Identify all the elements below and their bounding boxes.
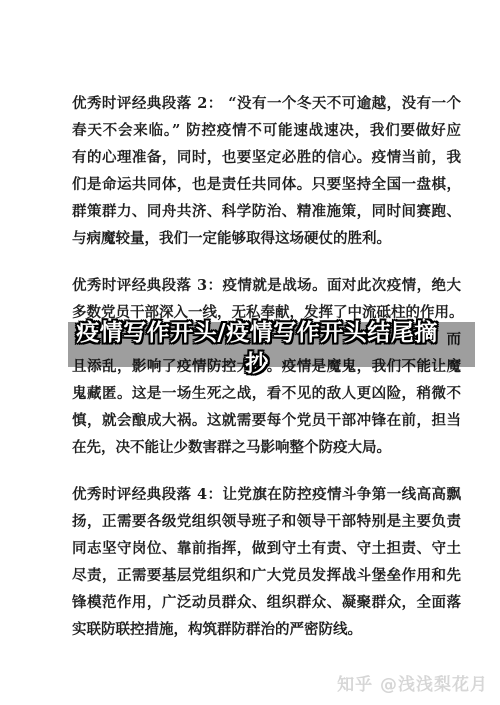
text-line: 扬，正需要各级党组织领导班子和领导干部特别是主要负责 <box>72 508 461 535</box>
text-line: 在先，决不能让少数害群之马影响整个防疫大局。 <box>72 434 461 461</box>
text-line: 优秀时评经典段落 2： “没有一个冬天不可逾越，没有一个 <box>72 90 461 117</box>
text-line: 鬼藏匿。这是一场生死之战，看不见的敌人更凶险，稍微不 <box>72 380 461 407</box>
text-line: 与病魔较量，我们一定能够取得这场硬仗的胜利。 <box>72 225 461 252</box>
text-line: 优秀时评经典段落 3：疫情就是战场。面对此次疫情，绝大 <box>72 272 461 299</box>
text-line: 春天不会来临。” 防控疫情不可能速战速决，我们要做好应 <box>72 117 461 144</box>
text-line: 实联防联控措施，构筑群防群治的严密防线。 <box>72 616 461 643</box>
text-line: 锋模范作用，广泛动员群众、组织群众、凝聚群众，全面落 <box>72 589 461 616</box>
text-line: 尽责，正需要基层党组织和广大党员发挥战斗堡垒作用和先 <box>72 562 461 589</box>
text-line: 同志坚守岗位、靠前指挥，做到守土有责、守土担责、守土 <box>72 535 461 562</box>
page-title-overlay: 疫情写作开头/疫情写作开头结尾摘 抄 <box>50 318 464 380</box>
text-line: 们是命运共同体，也是责任共同体。只要坚持全国一盘棋， <box>72 171 461 198</box>
text-line: 慎，就会酿成大祸。这就需要每个党员干部冲锋在前，担当 <box>72 407 461 434</box>
watermark: 知乎 @浅浅梨花月 <box>337 670 488 695</box>
text-line: 有的心理准备，同时，也要坚定必胜的信心。疫情当前，我 <box>72 144 461 171</box>
page-title-line2: 抄 <box>50 349 464 380</box>
text-line: 优秀时评经典段落 4：让党旗在防控疫情斗争第一线高高飘 <box>72 481 461 508</box>
paragraph-segment-2: 优秀时评经典段落 2： “没有一个冬天不可逾越，没有一个春天不会来临。” 防控疫… <box>72 90 461 252</box>
text-line: 群策群力、同舟共济、科学防治、精准施策，同时间赛跑、 <box>72 198 461 225</box>
paragraph-segment-4: 优秀时评经典段落 4：让党旗在防控疫情斗争第一线高高飘扬，正需要各级党组织领导班… <box>72 481 461 643</box>
page-title-line1: 疫情写作开头/疫情写作开头结尾摘 <box>50 318 464 349</box>
document-page: 优秀时评经典段落 2： “没有一个冬天不可逾越，没有一个春天不会来临。” 防控疫… <box>0 0 500 705</box>
